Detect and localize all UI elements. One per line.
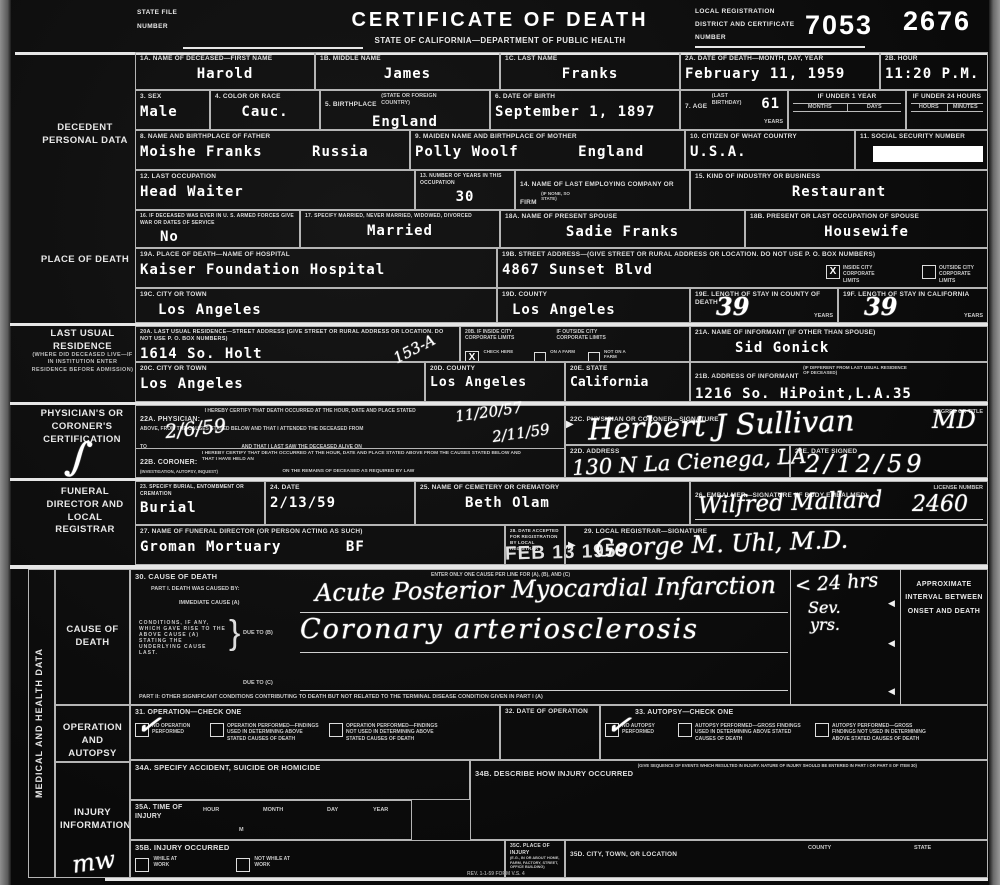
field-7u24-label: IF UNDER 24 HOURS [911,93,983,101]
field-21a-value: Sid Gonick [735,340,983,356]
field-19f-stay-california: 19f. LENGTH OF STAY IN CALIFORNIA YEARS [838,288,988,323]
field-7-if-under-24-hours: IF UNDER 24 HOURS HOURS MINUTES [906,90,988,130]
field-2b-value: 11:20 P.M. [885,66,983,82]
field-1a-first-name: 1a. NAME OF DECEASED—FIRST NAME Harold [135,52,315,90]
bottom-left-scribble: mw [70,845,117,879]
field-12-last-occupation: 12. LAST OCCUPATION Head Waiter [135,170,415,210]
autopsy-findings-not-used-checkbox [815,723,829,737]
not-while-at-work-checkbox [236,858,250,872]
field-7u1-days-label: DAYS [848,104,902,111]
field-17-value: Married [305,223,495,239]
field-17-label: 17. SPECIFY MARRIED, NEVER MARRIED, WIDO… [305,213,495,220]
state-file-number-label: STATE FILE NUMBER [137,6,189,33]
outside-city-label: OUTSIDE CITY CORPORATE LIMITS [939,265,981,284]
operation-findings-used-checkbox [210,723,224,737]
signature-pointer-icon: ▶ [566,420,574,430]
autopsy-findings-used-label: AUTOPSY PERFORMED—GROSS FINDINGS USED IN… [695,723,803,742]
field-21b-note: (IF DIFFERENT FROM LAST USUAL RESIDENCE … [803,365,913,376]
field-15-value: Restaurant [695,184,983,200]
field-19b-label: 19b. STREET ADDRESS—(GIVE STREET OR RURA… [502,251,983,259]
on-a-farm-label: ON A FARM [550,349,575,354]
hour-label: HOUR [203,807,219,814]
field-17-marital-status: 17. SPECIFY MARRIED, NEVER MARRIED, WIDO… [300,210,500,248]
scan-edge-right [989,0,1000,885]
field-10-label: 10. CITIZEN OF WHAT COUNTRY [690,133,850,141]
field-20e-label: 20e. STATE [570,365,685,373]
field-6-label: 6. DATE OF BIRTH [495,93,675,101]
field-5-value: England [325,114,485,130]
on-a-farm-checkbox [534,352,546,362]
operation-autopsy-side-label: OPERATION AND AUTOPSY [60,722,125,760]
part1-label: PART I. DEATH WAS CAUSED BY: [151,586,240,593]
due-to-b-label: DUE TO (B) [243,630,273,637]
field-2a-label: 2a. DATE OF DEATH—MONTH, DAY, YEAR [685,55,875,63]
scan-edge-left [0,0,11,885]
field-35c-note: (E.G., IN OR ABOUT HOME, FARM, FACTORY, … [510,856,560,870]
cause-b-underline [300,652,788,653]
while-at-work-checkbox [135,858,149,872]
operation-findings-not-used-checkbox [329,723,343,737]
field-25-label: 25. NAME OF CEMETERY OR CREMATORY [420,484,685,492]
field-22b-text1: I HEREBY CERTIFY THAT DEATH OCCURRED AT … [202,451,532,463]
conditions-label: CONDITIONS, IF ANY, WHICH GAVE RISE TO T… [139,620,227,656]
field-19e-unit: YEARS [814,313,833,320]
field-19f-unit: YEARS [964,313,983,320]
field-35a-label: 35a. TIME OF INJURY [135,803,187,821]
sidebar-funeral-director: FUNERAL DIRECTOR AND LOCAL REGISTRAR [38,486,132,537]
field-7-if-under-1-year: IF UNDER 1 YEAR MONTHS DAYS [788,90,906,130]
field-19d-county: 19d. COUNTY Los Angeles [497,288,690,323]
outside-city-checkbox [922,265,936,279]
field-9-mother: 9. MAIDEN NAME AND BIRTHPLACE OF MOTHER … [410,130,685,170]
sidebar-last-usual-residence: LAST USUAL RESIDENCE [30,328,135,354]
year-label: YEAR [373,807,388,814]
autopsy-findings-used-checkbox [678,723,692,737]
field-19a-label: 19a. PLACE OF DEATH—NAME OF HOSPITAL [140,251,492,259]
field-34a-accident-suicide-homicide: 34a. SPECIFY ACCIDENT, SUICIDE OR HOMICI… [130,760,470,800]
field-18a-label: 18a. NAME OF PRESENT SPOUSE [505,213,740,221]
local-registration-label: LOCAL REGISTRATION DISTRICT AND CERTIFIC… [695,5,803,44]
cause-c-underline [300,690,788,691]
state-file-underline [183,47,363,49]
field-2b-hour: 2b. HOUR 11:20 P.M. [880,52,988,90]
field-2b-label: 2b. HOUR [885,55,983,63]
field-33-autopsy: 33. AUTOPSY—CHECK ONE NO AUTOPSY PERFORM… [600,705,988,760]
certificate-title: CERTIFICATE OF DEATH [330,10,670,30]
field-24-burial-date: 24. DATE 2/13/59 [265,481,415,525]
field-31-label: 31. OPERATION—CHECK ONE [135,708,495,717]
field-16-value: No [160,229,295,245]
field-18a-spouse-name: 18a. NAME OF PRESENT SPOUSE Sadie Franks [500,210,745,248]
field-1a-value: Harold [140,66,310,82]
field-13-label: 13. NUMBER OF YEARS IN THIS OCCUPATION [420,173,510,186]
field-35a-time-of-injury: 35a. TIME OF INJURY HOUR MONTH DAY YEAR … [130,800,412,840]
month-label: MONTH [263,807,283,814]
field-20b-outside-label: IF OUTSIDE CITY CORPORATE LIMITS [556,329,628,341]
field-22b-coroner-certification: 22b. CORONER: I HEREBY CERTIFY THAT DEAT… [135,448,565,478]
field-10-value: U.S.A. [690,144,850,160]
cause-of-death-side-box: CAUSE OF DEATH [55,569,130,705]
field-33-label: 33. AUTOPSY—CHECK ONE [635,708,983,717]
field-24-label: 24. DATE [270,484,410,492]
field-9-label: 9. MAIDEN NAME AND BIRTHPLACE OF MOTHER [415,133,680,141]
not-on-a-farm-label: NOT ON A FARM [604,349,639,360]
field-1c-label: 1c. LAST NAME [505,55,675,63]
field-9-birthplace: England [578,144,644,160]
field-21b-value: 1216 So. HiPoint,L.A.35 [695,386,983,402]
field-21a-label: 21a. NAME OF INFORMANT (IF OTHER THAN SP… [695,329,983,337]
field-20c-label: 20c. CITY OR TOWN [140,365,420,373]
embalmer-underline [695,519,983,520]
field-15-industry: 15. KIND OF INDUSTRY OR BUSINESS Restaur… [690,170,988,210]
field-1a-label: 1a. NAME OF DECEASED—FIRST NAME [140,55,310,63]
field-14-employer: 14. NAME OF LAST EMPLOYING COMPANY OR FI… [515,170,690,210]
field-13-value: 30 [420,189,510,205]
district-number: 7053 [805,12,873,39]
meridiem-label: M [239,827,244,834]
field-27-value: Groman Mortuary [140,539,281,555]
field-20c-city: 20c. CITY OR TOWN Los Angeles [135,362,425,402]
field-7u24-minutes-label: MINUTES [948,104,984,111]
field-19c-label: 19c. CITY OR TOWN [140,291,492,299]
field-7u1-months-label: MONTHS [793,104,848,111]
field-20d-label: 20d. COUNTY [430,365,560,373]
registrar-pointer-icon: ▶ [568,541,576,551]
field-21a-informant: 21a. NAME OF INFORMANT (IF OTHER THAN SP… [690,326,988,362]
field-32-label: 32. DATE OF OPERATION [505,708,595,716]
field-7u1-label: IF UNDER 1 YEAR [793,93,901,101]
part2-label: PART II: OTHER SIGNIFICANT CONDITIONS CO… [139,694,739,701]
cause-a-underline [300,612,788,613]
field-13-years-occupation: 13. NUMBER OF YEARS IN THIS OCCUPATION 3… [415,170,515,210]
field-8-label: 8. NAME AND BIRTHPLACE OF FATHER [140,133,405,141]
field-12-label: 12. LAST OCCUPATION [140,173,410,181]
field-35d-label: 35d. CITY, TOWN, OR LOCATION [570,851,677,859]
field-22b-note: (INVESTIGATION, AUTOPSY, INQUEST) [140,469,218,474]
field-5-label: 5. BIRTHPLACE [325,101,377,108]
field-25-cemetery: 25. NAME OF CEMETERY OR CREMATORY Beth O… [415,481,690,525]
operation-findings-not-used-label: OPERATION PERFORMED—FINDINGS NOT USED IN… [346,723,438,742]
field-18b-value: Housewife [750,224,983,240]
medical-health-data-bar: MEDICAL AND HEALTH DATA [28,569,55,878]
field-1b-label: 1b. MIDDLE NAME [320,55,495,63]
field-20e-value: California [570,376,685,391]
inside-city-label: INSIDE CITY CORPORATE LIMITS [843,265,885,284]
field-20e-state: 20e. STATE California [565,362,690,402]
interval-column-right-border [900,569,901,705]
field-32-date-of-operation: 32. DATE OF OPERATION [500,705,600,760]
field-27-label: 27. NAME OF FUNERAL DIRECTOR (OR PERSON … [140,528,500,536]
residence-inside-city-checkbox: X [465,351,479,362]
field-27-initials: BF [346,539,365,555]
field-6-date-of-birth: 6. DATE OF BIRTH September 1, 1897 [490,90,680,130]
field-34b-how-injury-occurred: 34b. DESCRIBE HOW INJURY OCCURRED (GIVE … [470,760,988,840]
handwriting-license-number: 2460 [912,492,968,517]
field-4-label: 4. COLOR OR RACE [215,93,315,101]
field-19c-value: Los Angeles [158,302,492,318]
field-7-note: (LAST BIRTHDAY) [712,93,757,106]
sidebar-last-usual-residence-note: (WHERE DID DECEASED LIVE—IF IN INSTITUTI… [30,352,135,374]
field-3-label: 3. SEX [140,93,205,101]
field-20c-value: Los Angeles [140,376,420,392]
field-22b-text2: ON THE REMAINS OF DECEASED AS REQUIRED B… [282,469,414,475]
field-7-unit: YEARS [764,119,783,126]
field-23-label: 23. SPECIFY BURIAL, ENTOMBMENT OR CREMAT… [140,484,260,497]
field-19b-value: 4867 Sunset Blvd [502,262,653,278]
field-35d-city-town-location: 35d. CITY, TOWN, OR LOCATION COUNTY STAT… [565,840,988,878]
field-20b-inside-label: 20b. IF INSIDE CITY CORPORATE LIMITS [465,329,540,341]
field-7-label: 7. AGE [685,103,707,110]
field-12-value: Head Waiter [140,184,410,200]
sidebar-decedent-personal-data: DECEDENT PERSONAL DATA [38,122,132,148]
field-35b-label: 35b. INJURY OCCURRED [135,843,500,853]
field-24-value: 2/13/59 [270,495,410,511]
field-20d-county: 20d. COUNTY Los Angeles [425,362,565,402]
field-19d-label: 19d. COUNTY [502,291,685,299]
field-19e-stay-county: 19e. LENGTH OF STAY IN COUNTY OF DEATH Y… [690,288,838,323]
field-1c-last-name: 1c. LAST NAME Franks [500,52,680,90]
handwriting-stay-california: 39 [864,292,897,321]
field-23-value: Burial [140,500,260,516]
inside-city-checkbox: X [826,265,840,279]
operation-findings-used-label: OPERATION PERFORMED—FINDINGS USED IN DET… [227,723,319,742]
field-1b-value: James [320,66,495,82]
handwriting-interval-b2: yrs. [810,615,840,634]
injury-information-side-label: INJURY INFORMATION [60,807,125,833]
field-20b-city-limits: 20b. IF INSIDE CITY CORPORATE LIMITS IF … [460,326,690,362]
field-18b-label: 18b. PRESENT OR LAST OCCUPATION OF SPOUS… [750,213,983,221]
field-31-operation: 31. OPERATION—CHECK ONE NO OPERATION PER… [130,705,500,760]
field-34a-label: 34a. SPECIFY ACCIDENT, SUICIDE OR HOMICI… [135,763,465,773]
check-here-label: CHECK HERE [483,349,513,354]
field-3-sex: 3. SEX Male [135,90,210,130]
field-14-note: (IF NONE, SO STATE) [541,191,581,202]
ssn-redaction-box [873,146,983,162]
form-fine-print: REV. 1-1-59 FORM V.S. 4 [467,871,525,877]
field-4-color-or-race: 4. COLOR OR RACE Cauc. [210,90,320,130]
field-10-citizen: 10. CITIZEN OF WHAT COUNTRY U.S.A. [685,130,855,170]
field-18b-spouse-occupation: 18b. PRESENT OR LAST OCCUPATION OF SPOUS… [745,210,988,248]
handwriting-autopsy-check: ✓ [604,706,634,744]
field-3-value: Male [140,104,205,120]
field-7u24-hours-label: HOURS [911,104,948,111]
local-registration-underline [695,46,865,48]
field-19d-value: Los Angeles [512,302,685,318]
field-6-value: September 1, 1897 [495,104,675,120]
field-7-value: 61 [761,96,780,112]
handwriting-stay-county: 39 [716,292,749,321]
autopsy-findings-not-used-label: AUTOPSY PERFORMED—GROSS FINDINGS NOT USE… [832,723,932,742]
field-15-label: 15. KIND OF INDUSTRY OR BUSINESS [695,173,983,181]
not-on-a-farm-checkbox [588,352,600,362]
field-1b-middle-name: 1b. MIDDLE NAME James [315,52,500,90]
field-21b-informant-address: 21b. ADDRESS OF INFORMANT (IF DIFFERENT … [690,362,988,402]
field-5-birthplace: 5. BIRTHPLACE (STATE OR FOREIGN COUNTRY)… [320,90,490,130]
field-22b-label: 22b. CORONER: [140,459,197,466]
certificate-subtitle: STATE OF CALIFORNIA—DEPARTMENT OF PUBLIC… [330,36,670,47]
handwriting-cause-b: Coronary arteriosclerosis [300,614,699,645]
field-1c-value: Franks [505,66,675,82]
field-18a-value: Sadie Franks [505,224,740,240]
field-19b-street-address: 19b. STREET ADDRESS—(GIVE STREET OR RURA… [497,248,988,288]
field-34b-note: (GIVE SEQUENCE OF EVENTS WHICH RESULTED … [638,763,918,768]
field-23-burial: 23. SPECIFY BURIAL, ENTOMBMENT OR CREMAT… [135,481,265,525]
field-2a-date-of-death: 2a. DATE OF DEATH—MONTH, DAY, YEAR Febru… [680,52,880,90]
immediate-cause-label: IMMEDIATE CAUSE (A) [179,600,239,607]
field-16-armed-forces: 16. IF DECEASED WAS EVER IN U. S. ARMED … [135,210,300,248]
medical-health-data-label: MEDICAL AND HEALTH DATA [33,572,45,875]
field-21b-label: 21b. ADDRESS OF INFORMANT [695,373,799,380]
approximate-interval-label: APPROXIMATE INTERVAL BETWEEN ONSET AND D… [903,578,985,618]
interval-column-left-border [790,569,791,705]
interval-arrow-a-icon: ◀ [888,598,895,608]
handwriting-degree: MD [932,406,976,434]
field-8-father: 8. NAME AND BIRTHPLACE OF FATHER Moishe … [135,130,410,170]
death-certificate-scan: STATE FILE NUMBER CERTIFICATE OF DEATH S… [0,0,1000,885]
field-16-label: 16. IF DECEASED WAS EVER IN U. S. ARMED … [140,213,295,226]
field-8-value: Moishe Franks [140,144,263,160]
field-4-value: Cauc. [215,104,315,120]
sidebar-place-of-death: PLACE OF DEATH [38,254,132,267]
interval-arrow-b-icon: ◀ [888,638,895,648]
bottom-rule [105,878,988,881]
handwriting-operation-check: ✓ [134,706,164,744]
conditions-brace: } [229,614,240,653]
certificate-number: 2676 [903,8,971,35]
interval-arrow-c-icon: ◀ [888,686,895,696]
field-19c-city: 19c. CITY OR TOWN Los Angeles [135,288,497,323]
field-35c-label: 35c. PLACE OF INJURY [510,843,560,856]
handwriting-date-signed: 2/12/59 [805,450,926,478]
field-9-value: Polly Woolf [415,144,519,160]
field-27-funeral-director: 27. NAME OF FUNERAL DIRECTOR (OR PERSON … [135,525,505,565]
cause-of-death-side-label: CAUSE OF DEATH [60,624,125,650]
field-8-birthplace: Russia [312,144,369,160]
field-25-value: Beth Olam [465,495,685,511]
field-35b-injury-occurred: 35b. INJURY OCCURRED WHILE AT WORK NOT W… [130,840,505,878]
county-label: COUNTY [808,845,831,852]
field-2a-value: February 11, 1959 [685,66,875,82]
not-while-at-work-label: NOT WHILE AT WORK [254,856,292,869]
license-number-label: LICENSE NUMBER [933,485,983,492]
due-to-c-label: DUE TO (C) [243,680,273,687]
field-20d-value: Los Angeles [430,376,560,391]
field-19a-value: Kaiser Foundation Hospital [140,262,492,278]
field-11-label: 11. SOCIAL SECURITY NUMBER [860,133,983,141]
field-5-note: (STATE OR FOREIGN COUNTRY) [381,93,441,106]
field-34b-label: 34b. DESCRIBE HOW INJURY OCCURRED [475,769,633,778]
field-19a-hospital: 19a. PLACE OF DEATH—NAME OF HOSPITAL Kai… [135,248,497,288]
day-label: DAY [327,807,338,814]
operation-autopsy-side-box: OPERATION AND AUTOPSY [55,705,130,762]
state-label: STATE [914,845,931,852]
while-at-work-label: WHILE AT WORK [153,856,191,869]
field-7-age: 7. AGE (LAST BIRTHDAY) 61 YEARS [680,90,788,130]
